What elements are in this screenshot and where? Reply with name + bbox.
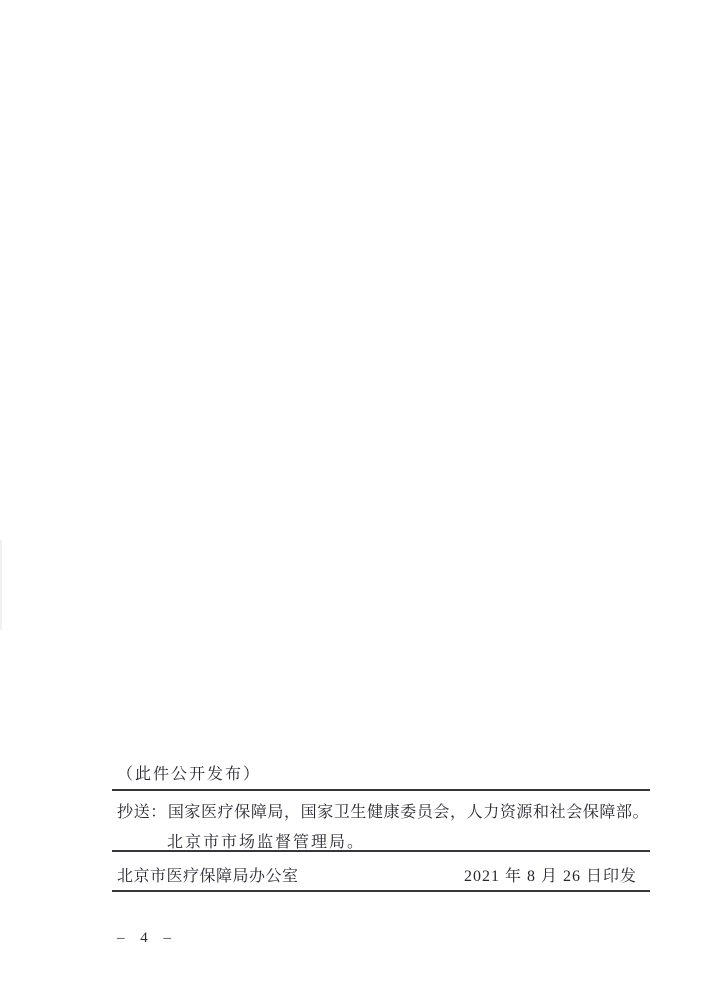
cc-label: 抄送： — [117, 804, 167, 821]
document-page: （此件公开发布） 抄送：国家医疗保障局，国家卫生健康委员会，人力资源和社会保障部… — [0, 0, 710, 998]
divider-middle — [112, 850, 650, 852]
page-number: – 4 – — [117, 930, 177, 947]
cc-line-1: 抄送：国家医疗保障局，国家卫生健康委员会，人力资源和社会保障部。 — [117, 799, 649, 822]
print-date: 2021 年 8 月 26 日印发 — [464, 863, 637, 886]
divider-bottom — [112, 890, 650, 892]
divider-top — [112, 789, 650, 791]
cc-recipients-line1: 国家医疗保障局，国家卫生健康委员会，人力资源和社会保障部。 — [168, 804, 649, 821]
public-release-note: （此件公开发布） — [117, 761, 261, 784]
scan-edge-artifact — [0, 540, 2, 630]
issue-row: 北京市医疗保障局办公室 2021 年 8 月 26 日印发 — [117, 863, 637, 886]
cc-recipients-line2: 北京市市场监督管理局。 — [167, 829, 365, 852]
issuing-office: 北京市医疗保障局办公室 — [117, 863, 299, 886]
